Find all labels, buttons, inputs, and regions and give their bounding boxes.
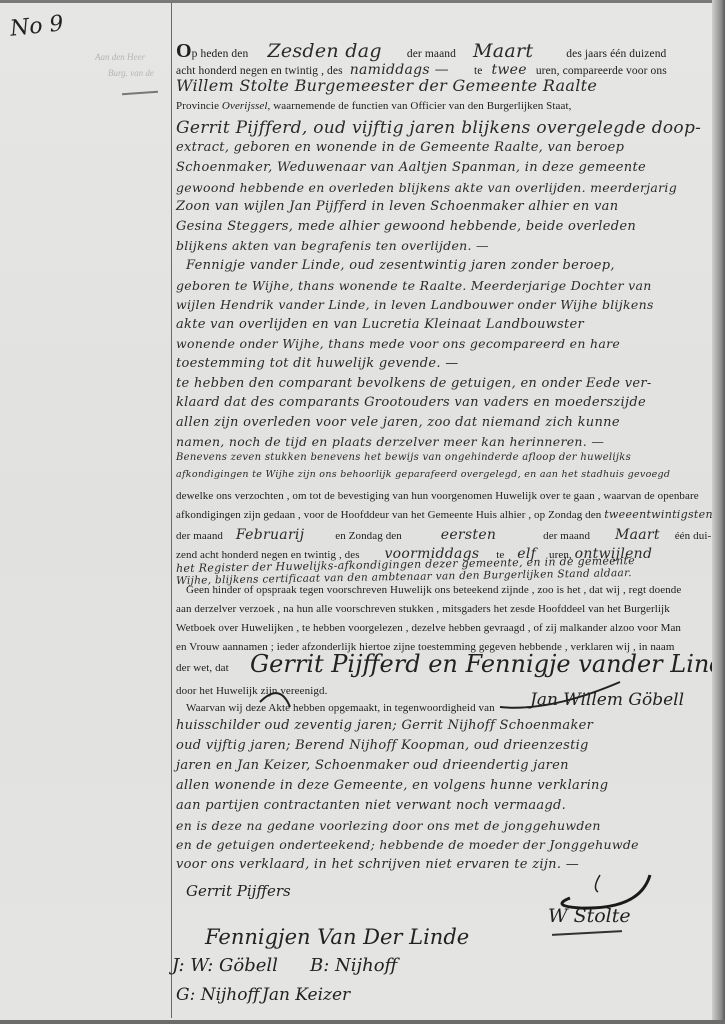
printed-text: Provincie bbox=[176, 100, 219, 112]
page-top-edge bbox=[0, 0, 725, 3]
signature-bride: Fennigjen Van Der Linde bbox=[205, 925, 469, 949]
united-text: door het Huwelijk zijn vereenigd. bbox=[176, 685, 327, 697]
printed-text: der maand bbox=[407, 48, 456, 60]
bleed-through-text: Aan den Heer bbox=[95, 52, 145, 62]
bleed-through-text: Burg. van de bbox=[108, 68, 154, 78]
handwritten-line: Gesina Steggers, mede alhier gewoond heb… bbox=[176, 219, 636, 234]
signature-groom: Gerrit Pijffers bbox=[186, 882, 291, 900]
handwritten-line: Benevens zeven stukken benevens het bewi… bbox=[176, 452, 631, 463]
handwritten-official: Willem Stolte Burgemeester der Gemeente … bbox=[176, 76, 597, 95]
handwritten-line: aan partijen contractanten niet verwant … bbox=[176, 798, 566, 813]
handwritten-line: klaard dat des comparants Grootouders va… bbox=[176, 395, 646, 410]
handwritten-month: Maart bbox=[473, 40, 533, 62]
handwritten-line: Zoon van wijlen Jan Pijfferd in leven Sc… bbox=[176, 199, 618, 214]
document-page: No 9 Aan den Heer Burg. van de Op heden … bbox=[0, 0, 712, 1020]
handwritten-line: en is deze na gedane voorlezing door ons… bbox=[176, 818, 601, 833]
handwritten-line: blijkens akten van begrafenis ten overli… bbox=[176, 238, 489, 253]
handwritten-line: Gerrit Pijfferd, oud vijftig jaren blijk… bbox=[176, 118, 701, 138]
handwritten-month: Februarij bbox=[236, 527, 304, 543]
handwritten-line: namen, noch de tijd en plaats derzelver … bbox=[176, 434, 604, 449]
der-wet-label: der wet, dat bbox=[176, 662, 229, 674]
witness-first: Jan Willem Göbell bbox=[530, 690, 684, 710]
handwritten-day: Zesden dag bbox=[267, 40, 382, 62]
handwritten-line: te hebben den comparant bevolkens de get… bbox=[176, 376, 652, 391]
handwritten-line: allen wonende in deze Gemeente, en volge… bbox=[176, 778, 608, 793]
handwritten-line: huisschilder oud zeventig jaren; Gerrit … bbox=[176, 718, 593, 733]
handwritten-month: Maart bbox=[615, 527, 660, 543]
printed-line: dewelke ons verzochten , om tot de beves… bbox=[176, 490, 699, 502]
handwritten-line: Fennigje vander Linde, oud zesentwintig … bbox=[186, 258, 615, 273]
record-number: No 9 bbox=[9, 11, 65, 41]
printed-line: der maand Februarij en Zondag den eerste… bbox=[176, 527, 711, 543]
margin-dash bbox=[122, 91, 158, 96]
handwritten-line: afkondigingen te Wijhe zijn ons behoorli… bbox=[176, 469, 670, 480]
handwritten-line: voor ons verklaard, in het schrijven nie… bbox=[176, 857, 579, 872]
printed-line: aan derzelver verzoek , na hun alle voor… bbox=[176, 603, 670, 615]
handwritten-line: en de getuigen onderteekend; hebbende de… bbox=[176, 837, 639, 852]
page-bottom-edge bbox=[0, 1020, 725, 1024]
signature-witness-4: Jan Keizer bbox=[262, 985, 350, 1005]
witness-intro: Waarvan wij deze Akte hebben opgemaakt, … bbox=[186, 702, 495, 714]
province-name: Overijssel bbox=[222, 100, 268, 112]
handwritten-line: extract, geboren en wonende in de Gemeen… bbox=[176, 140, 624, 155]
page-right-edge bbox=[712, 0, 725, 1024]
handwritten-line: allen zijn overleden voor vele jaren, zo… bbox=[176, 415, 620, 430]
signature-witness-1: J: W: Göbell bbox=[172, 955, 278, 976]
printed-text: der maand bbox=[176, 530, 223, 542]
drop-cap: O bbox=[176, 40, 192, 62]
printed-text: één dui- bbox=[675, 530, 712, 542]
printed-text: der maand bbox=[543, 530, 590, 542]
printed-text: en Zondag den bbox=[335, 530, 402, 542]
signature-witness-2: B: Nijhoff bbox=[310, 955, 397, 976]
handwritten-line: Schoenmaker, Weduwenaar van Aaltjen Span… bbox=[176, 160, 646, 175]
printed-line: Geen hinder of opspraak tegen voorschrev… bbox=[186, 584, 681, 596]
margin-rule bbox=[171, 3, 172, 1018]
signature-mayor: W Stolte bbox=[548, 905, 631, 927]
handwritten-line: akte van overlijden en van Lucretia Klei… bbox=[176, 317, 584, 332]
handwritten-line: toestemming tot dit huwelijk gevende. — bbox=[176, 356, 459, 371]
handwritten-day: eersten bbox=[441, 527, 496, 543]
signature-witness-3: G: Nijhoff bbox=[176, 985, 260, 1005]
handwritten-date: tweeentwintigsten bbox=[604, 508, 713, 521]
printed-line: Wetboek over Huwelijken , te hebben voor… bbox=[176, 622, 681, 634]
handwritten-line: gewoond hebbende en overleden blijkens a… bbox=[176, 180, 677, 195]
header-line-1: Op heden den Zesden dag der maand Maart … bbox=[176, 40, 666, 63]
printed-line: afkondigingen zijn gedaan , voor de Hoof… bbox=[176, 508, 713, 521]
handwritten-line: oud vijftig jaren; Berend Nijhoff Koopma… bbox=[176, 738, 589, 753]
printed-text: p heden den bbox=[192, 48, 249, 60]
printed-text: afkondigingen zijn gedaan , voor de Hoof… bbox=[176, 509, 601, 521]
handwritten-line: geboren te Wijhe, thans wonende te Raalt… bbox=[176, 278, 652, 293]
handwritten-line: wijlen Hendrik vander Linde, in leven La… bbox=[176, 297, 654, 312]
printed-text: , waarnemende de functien van Officier v… bbox=[268, 100, 572, 112]
handwritten-line: jaren en Jan Keizer, Schoenmaker oud dri… bbox=[176, 758, 569, 773]
printed-text: des jaars één duizend bbox=[566, 48, 666, 60]
mayor-underline bbox=[552, 930, 622, 936]
handwritten-line: wonende onder Wijhe, thans mede voor ons… bbox=[176, 336, 620, 351]
header-line-4: Provincie Overijssel, waarnemende de fun… bbox=[176, 100, 572, 112]
